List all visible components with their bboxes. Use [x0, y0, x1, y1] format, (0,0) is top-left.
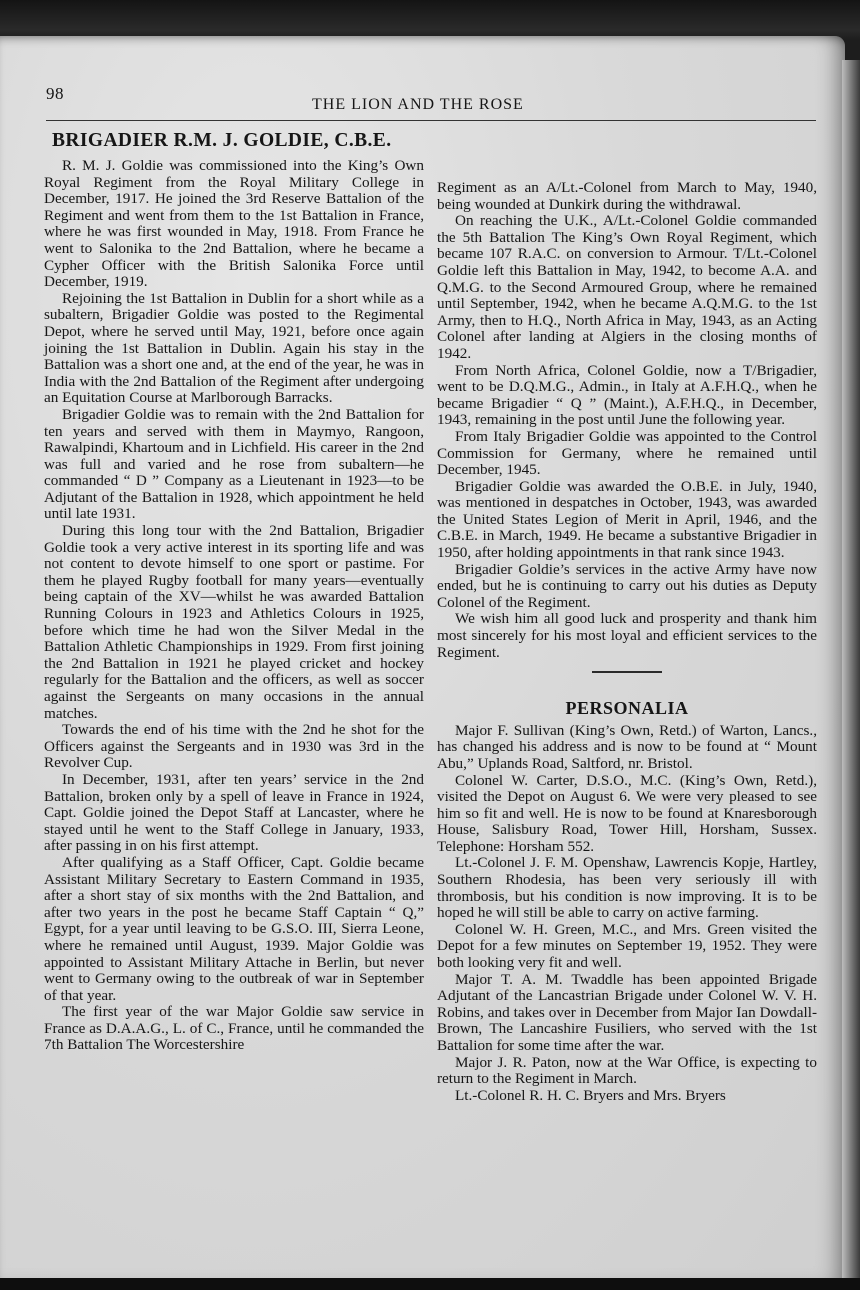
page-number: 98 — [46, 84, 64, 104]
article-paragraph: In December, 1931, after ten years’ serv… — [44, 772, 424, 855]
right-column: Regiment as an A/Lt.-Colonel from March … — [437, 180, 817, 1104]
article-paragraph: On reaching the U.K., A/Lt.-Colonel Gold… — [437, 213, 817, 362]
personalia-paragraph: Colonel W. H. Green, M.C., and Mrs. Gree… — [437, 922, 817, 972]
personalia-paragraph: Colonel W. Carter, D.S.O., M.C. (King’s … — [437, 773, 817, 856]
personalia-paragraph: Major F. Sullivan (King’s Own, Retd.) of… — [437, 723, 817, 773]
article-paragraph: After qualifying as a Staff Officer, Cap… — [44, 855, 424, 1004]
article-paragraph: We wish him all good luck and prosperity… — [437, 611, 817, 661]
section-divider — [592, 671, 662, 673]
article-title: BRIGADIER R.M. J. GOLDIE, C.B.E. — [52, 130, 424, 152]
article-paragraph: R. M. J. Goldie was commissioned into th… — [44, 158, 424, 291]
personalia-title: PERSONALIA — [437, 697, 817, 719]
article-paragraph: Brigadier Goldie’s services in the activ… — [437, 562, 817, 612]
article-paragraph-continued: Regiment as an A/Lt.-Colonel from March … — [437, 180, 817, 213]
article-paragraph: The first year of the war Major Goldie s… — [44, 1004, 424, 1054]
photographed-book-page: 98 THE LION AND THE ROSE BRIGADIER R.M. … — [0, 0, 860, 1290]
article-paragraph: Towards the end of his time with the 2nd… — [44, 722, 424, 772]
article-paragraph: Brigadier Goldie was to remain with the … — [44, 407, 424, 523]
page-sheet: 98 THE LION AND THE ROSE BRIGADIER R.M. … — [0, 36, 845, 1280]
article-paragraph: Rejoining the 1st Battalion in Dublin fo… — [44, 291, 424, 407]
article-paragraph: Brigadier Goldie was awarded the O.B.E. … — [437, 479, 817, 562]
article-paragraph: During this long tour with the 2nd Batta… — [44, 523, 424, 722]
personalia-paragraph: Major J. R. Paton, now at the War Office… — [437, 1055, 817, 1088]
bottom-shadow — [0, 1278, 860, 1290]
personalia-paragraph: Lt.-Colonel R. H. C. Bryers and Mrs. Bry… — [437, 1088, 817, 1105]
personalia-paragraph: Major T. A. M. Twaddle has been appointe… — [437, 972, 817, 1055]
article-paragraph: From North Africa, Colonel Goldie, now a… — [437, 363, 817, 429]
left-column: BRIGADIER R.M. J. GOLDIE, C.B.E. R. M. J… — [44, 130, 424, 1054]
journal-title: THE LION AND THE ROSE — [312, 96, 524, 114]
running-header: 98 THE LION AND THE ROSE — [46, 80, 816, 121]
article-paragraph: From Italy Brigadier Goldie was appointe… — [437, 429, 817, 479]
page-edge-shadow — [842, 60, 860, 1280]
personalia-paragraph: Lt.-Colonel J. F. M. Openshaw, Lawrencis… — [437, 855, 817, 921]
